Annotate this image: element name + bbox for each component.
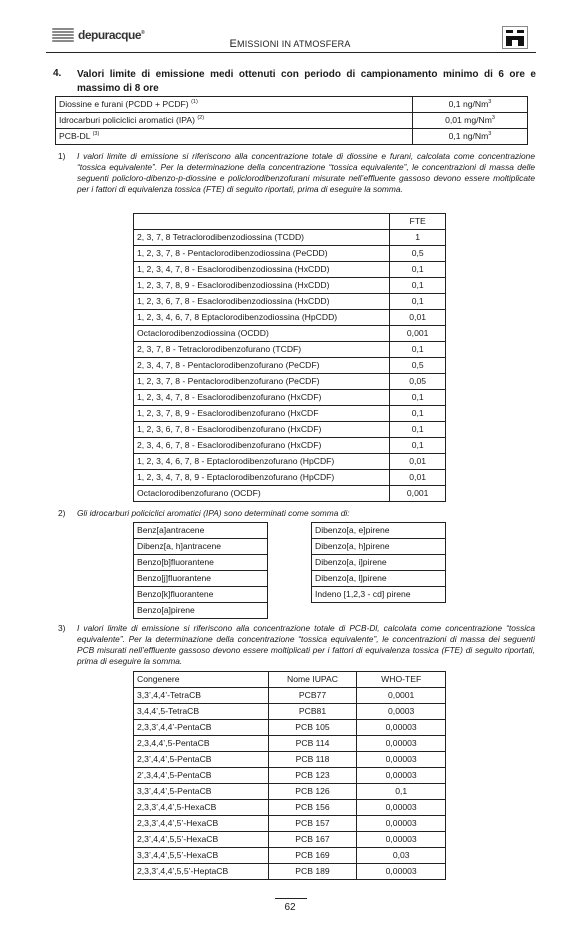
who-tef-cell: 0,03: [357, 848, 446, 864]
note-1-text: I valori limite di emissione si riferisc…: [77, 151, 535, 195]
list-item: Dibenzo[a, i]pirene: [312, 555, 446, 571]
note-3-text: I valori limite di emissione si riferisc…: [77, 623, 535, 667]
ipa-compound-cell: Benz[a]antracene: [134, 523, 268, 539]
iupac-name-cell: PCB77: [268, 688, 357, 704]
table-row: 2,3’,4,4’,5-PentaCBPCB 1180,00003: [134, 752, 446, 768]
table-row: 1, 2, 3, 4, 6, 7, 8 Eptaclorodibenzodios…: [134, 310, 446, 326]
fte-value-cell: 0,1: [390, 294, 446, 310]
header-cell: Nome IUPAC: [268, 672, 357, 688]
fte-value-cell: 0,001: [390, 326, 446, 342]
ipa-list-left: Benz[a]antraceneDibenz[a, h]antraceneBen…: [133, 522, 268, 619]
ipa-compound-cell: Dibenzo[a, e]pirene: [312, 523, 446, 539]
table-row: 1, 2, 3, 4, 7, 8 - Esaclorodibenzodiossi…: [134, 262, 446, 278]
congener-cell: 2,3’,4,4’,5,5’-HexaCB: [134, 832, 269, 848]
who-tef-cell: 0,1: [357, 784, 446, 800]
parameter-label: Diossine e furani (PCDD + PCDF): [59, 99, 189, 109]
table-row: Diossine e furani (PCDD + PCDF) (1)0,1 n…: [56, 97, 528, 113]
compound-cell: 1, 2, 3, 6, 7, 8 - Esaclorodibenzofurano…: [134, 422, 390, 438]
fte-value-cell: 0,1: [390, 342, 446, 358]
note-reference: (1): [191, 99, 198, 105]
limit-value: 0,1 ng/Nm: [449, 131, 489, 141]
fte-value-cell: 0,01: [390, 470, 446, 486]
iupac-name-cell: PCB 189: [268, 864, 357, 880]
table-row: Octaclorodibenzofurano (OCDF)0,001: [134, 486, 446, 502]
compound-cell: 2, 3, 7, 8 - Tetraclorodibenzofurano (TC…: [134, 342, 390, 358]
parameter-cell: PCB-DL (3): [56, 129, 413, 145]
ipa-list-right: Dibenzo[a, e]pireneDibenzo[a, h]pireneDi…: [311, 522, 446, 603]
section-title: Valori limite di emissione medi ottenuti…: [77, 68, 536, 96]
compound-cell: 1, 2, 3, 4, 6, 7, 8 Eptaclorodibenzodios…: [134, 310, 390, 326]
note-1-number: 1): [58, 151, 65, 161]
parameter-label: PCB-DL: [59, 131, 90, 141]
limit-value-cell: 0,1 ng/Nm3: [413, 129, 528, 145]
table-row: 2, 3, 7, 8 - Tetraclorodibenzofurano (TC…: [134, 342, 446, 358]
table-row: PCB-DL (3)0,1 ng/Nm3: [56, 129, 528, 145]
note-reference: (2): [197, 115, 204, 121]
fte-value-cell: 0,1: [390, 278, 446, 294]
table-row: 1, 2, 3, 6, 7, 8 - Esaclorodibenzofurano…: [134, 422, 446, 438]
congener-cell: 3,3’,4,4’-TetraCB: [134, 688, 269, 704]
congener-cell: 2’,3,4,4’,5-PentaCB: [134, 768, 269, 784]
table-row: 2,3,3’,4,4’,5-HexaCBPCB 1560,00003: [134, 800, 446, 816]
who-tef-cell: 0,0003: [357, 704, 446, 720]
fte-value-cell: 0,001: [390, 486, 446, 502]
footer-divider: [275, 898, 307, 899]
list-item: Dibenzo[a, l]pirene: [312, 571, 446, 587]
congener-cell: 2,3,3’,4,4’-PentaCB: [134, 720, 269, 736]
iupac-name-cell: PCB 123: [268, 768, 357, 784]
table-row: 1, 2, 3, 7, 8, 9 - Esaclorodibenzodiossi…: [134, 278, 446, 294]
table-row: 2, 3, 7, 8 Tetraclorodibenzodiossina (TC…: [134, 230, 446, 246]
table-row: 2’,3,4,4’,5-PentaCBPCB 1230,00003: [134, 768, 446, 784]
who-tef-cell: 0,00003: [357, 816, 446, 832]
fte-table: FTE2, 3, 7, 8 Tetraclorodibenzodiossina …: [133, 213, 446, 502]
compound-cell: 2, 3, 4, 6, 7, 8 - Esaclorodibenzofurano…: [134, 438, 390, 454]
ipa-compound-cell: Dibenzo[a, i]pirene: [312, 555, 446, 571]
fte-value-cell: 0,1: [390, 262, 446, 278]
iupac-name-cell: PCB 169: [268, 848, 357, 864]
iupac-name-cell: PCB 105: [268, 720, 357, 736]
ipa-compound-cell: Dibenz[a, h]antracene: [134, 539, 268, 555]
ipa-compound-cell: Benzo[j]fluorantene: [134, 571, 268, 587]
compound-cell: 1, 2, 3, 7, 8, 9 - Esaclorodibenzofurano…: [134, 406, 390, 422]
compound-cell: 1, 2, 3, 7, 8 - Pentaclorodibenzodiossin…: [134, 246, 390, 262]
fte-value-cell: 0,1: [390, 390, 446, 406]
compound-cell: 1, 2, 3, 4, 7, 8 - Esaclorodibenzofurano…: [134, 390, 390, 406]
document-header-title: EMISSIONI IN ATMOSFERA: [0, 38, 580, 50]
compound-cell: 1, 2, 3, 4, 7, 8 - Esaclorodibenzodiossi…: [134, 262, 390, 278]
limit-value-cell: 0,1 ng/Nm3: [413, 97, 528, 113]
table-row: 2, 3, 4, 6, 7, 8 - Esaclorodibenzofurano…: [134, 438, 446, 454]
congener-cell: 3,3’,4,4’,5-PentaCB: [134, 784, 269, 800]
header-divider: [46, 52, 536, 53]
table-header-row: CongenereNome IUPACWHO-TEF: [134, 672, 446, 688]
list-item: Dibenzo[a, h]pirene: [312, 539, 446, 555]
header-cell: [134, 214, 390, 230]
ipa-compound-cell: Benzo[k]fluorantene: [134, 587, 268, 603]
iupac-name-cell: PCB 114: [268, 736, 357, 752]
who-tef-cell: 0,0001: [357, 688, 446, 704]
table-row: 3,3’,4,4’,5,5’-HexaCBPCB 1690,03: [134, 848, 446, 864]
table-row: 2,3,4,4’,5-PentaCBPCB 1140,00003: [134, 736, 446, 752]
fte-value-cell: 0,1: [390, 438, 446, 454]
list-item: Benzo[b]fluorantene: [134, 555, 268, 571]
congener-cell: 2,3’,4,4’,5-PentaCB: [134, 752, 269, 768]
table-row: Idrocarburi policiclici aromatici (IPA) …: [56, 113, 528, 129]
fte-value-cell: 0,01: [390, 310, 446, 326]
congener-cell: 2,3,3’,4,4’,5’-HexaCB: [134, 816, 269, 832]
iupac-name-cell: PCB81: [268, 704, 357, 720]
iupac-name-cell: PCB 118: [268, 752, 357, 768]
list-item: Benzo[a]pirene: [134, 603, 268, 619]
ipa-compound-cell: Benzo[a]pirene: [134, 603, 268, 619]
limit-value: 0,1 ng/Nm: [449, 99, 489, 109]
table-row: 2,3’,4,4’,5,5’-HexaCBPCB 1670,00003: [134, 832, 446, 848]
fte-value-cell: 0,5: [390, 358, 446, 374]
iupac-name-cell: PCB 157: [268, 816, 357, 832]
who-tef-cell: 0,00003: [357, 736, 446, 752]
fte-value-cell: 0,01: [390, 454, 446, 470]
unit-exponent: 3: [492, 115, 495, 121]
who-tef-cell: 0,00003: [357, 752, 446, 768]
who-tef-cell: 0,00003: [357, 800, 446, 816]
list-item: Benzo[k]fluorantene: [134, 587, 268, 603]
compound-cell: 1, 2, 3, 7, 8 - Pentaclorodibenzofurano …: [134, 374, 390, 390]
table-row: 3,4,4’,5-TetraCBPCB810,0003: [134, 704, 446, 720]
ipa-compound-cell: Benzo[b]fluorantene: [134, 555, 268, 571]
compound-cell: 1, 2, 3, 7, 8, 9 - Esaclorodibenzodiossi…: [134, 278, 390, 294]
parameter-cell: Diossine e furani (PCDD + PCDF) (1): [56, 97, 413, 113]
ipa-compound-cell: Dibenzo[a, l]pirene: [312, 571, 446, 587]
who-tef-cell: 0,00003: [357, 768, 446, 784]
emission-limits-table: Diossine e furani (PCDD + PCDF) (1)0,1 n…: [55, 96, 528, 145]
congener-cell: 3,3’,4,4’,5,5’-HexaCB: [134, 848, 269, 864]
iupac-name-cell: PCB 156: [268, 800, 357, 816]
note-2-text: Gli idrocarburi policiclici aromatici (I…: [77, 508, 535, 519]
list-item: Indeno [1,2,3 - cd] pirene: [312, 587, 446, 603]
list-item: Dibenzo[a, e]pirene: [312, 523, 446, 539]
fte-value-cell: 0,5: [390, 246, 446, 262]
table-row: 1, 2, 3, 7, 8 - Pentaclorodibenzodiossin…: [134, 246, 446, 262]
note-2-number: 2): [58, 508, 65, 518]
note-3-number: 3): [58, 623, 65, 633]
fte-value-cell: 0,1: [390, 422, 446, 438]
compound-cell: 2, 3, 7, 8 Tetraclorodibenzodiossina (TC…: [134, 230, 390, 246]
who-tef-cell: 0,00003: [357, 832, 446, 848]
building-logo-icon: [502, 26, 528, 49]
ipa-compound-cell: Indeno [1,2,3 - cd] pirene: [312, 587, 446, 603]
compound-cell: 1, 2, 3, 4, 6, 7, 8 - Eptaclorodibenzofu…: [134, 454, 390, 470]
fte-value-cell: 0,05: [390, 374, 446, 390]
unit-exponent: 3: [488, 131, 491, 137]
compound-cell: Octaclorodibenzodiossina (OCDD): [134, 326, 390, 342]
congener-cell: 2,3,3’,4,4’,5-HexaCB: [134, 800, 269, 816]
table-row: 2,3,3’,4,4’,5,5’-HeptaCBPCB 1890,00003: [134, 864, 446, 880]
limit-value: 0,01 mg/Nm: [445, 115, 492, 125]
table-row: 1, 2, 3, 4, 6, 7, 8 - Eptaclorodibenzofu…: [134, 454, 446, 470]
table-header-row: FTE: [134, 214, 446, 230]
list-item: Benzo[j]fluorantene: [134, 571, 268, 587]
fte-value-cell: 0,1: [390, 406, 446, 422]
parameter-label: Idrocarburi policiclici aromatici (IPA): [59, 115, 195, 125]
header-cell: FTE: [390, 214, 446, 230]
fte-value-cell: 1: [390, 230, 446, 246]
compound-cell: 1, 2, 3, 6, 7, 8 - Esaclorodibenzodiossi…: [134, 294, 390, 310]
congener-cell: 2,3,4,4’,5-PentaCB: [134, 736, 269, 752]
limit-value-cell: 0,01 mg/Nm3: [413, 113, 528, 129]
section-number: 4.: [53, 68, 61, 79]
ipa-compound-cell: Dibenzo[a, h]pirene: [312, 539, 446, 555]
table-row: 2, 3, 4, 7, 8 - Pentaclorodibenzofurano …: [134, 358, 446, 374]
table-row: 3,3’,4,4’,5-PentaCBPCB 1260,1: [134, 784, 446, 800]
header-cell: Congenere: [134, 672, 269, 688]
table-row: Octaclorodibenzodiossina (OCDD)0,001: [134, 326, 446, 342]
list-item: Dibenz[a, h]antracene: [134, 539, 268, 555]
iupac-name-cell: PCB 167: [268, 832, 357, 848]
table-row: 2,3,3’,4,4’-PentaCBPCB 1050,00003: [134, 720, 446, 736]
table-row: 1, 2, 3, 6, 7, 8 - Esaclorodibenzodiossi…: [134, 294, 446, 310]
page-number: 62: [0, 902, 580, 913]
list-item: Benz[a]antracene: [134, 523, 268, 539]
table-row: 1, 2, 3, 7, 8, 9 - Esaclorodibenzofurano…: [134, 406, 446, 422]
table-row: 3,3’,4,4’-TetraCBPCB770,0001: [134, 688, 446, 704]
header-cell: WHO-TEF: [357, 672, 446, 688]
compound-cell: 2, 3, 4, 7, 8 - Pentaclorodibenzofurano …: [134, 358, 390, 374]
pcb-table: CongenereNome IUPACWHO-TEF3,3’,4,4’-Tetr…: [133, 671, 446, 880]
who-tef-cell: 0,00003: [357, 864, 446, 880]
iupac-name-cell: PCB 126: [268, 784, 357, 800]
congener-cell: 2,3,3’,4,4’,5,5’-HeptaCB: [134, 864, 269, 880]
table-row: 1, 2, 3, 4, 7, 8 - Esaclorodibenzofurano…: [134, 390, 446, 406]
table-row: 1, 2, 3, 4, 7, 8, 9 - Eptaclorodibenzofu…: [134, 470, 446, 486]
who-tef-cell: 0,00003: [357, 720, 446, 736]
congener-cell: 3,4,4’,5-TetraCB: [134, 704, 269, 720]
parameter-cell: Idrocarburi policiclici aromatici (IPA) …: [56, 113, 413, 129]
compound-cell: 1, 2, 3, 4, 7, 8, 9 - Eptaclorodibenzofu…: [134, 470, 390, 486]
unit-exponent: 3: [488, 99, 491, 105]
table-row: 2,3,3’,4,4’,5’-HexaCBPCB 1570,00003: [134, 816, 446, 832]
compound-cell: Octaclorodibenzofurano (OCDF): [134, 486, 390, 502]
table-row: 1, 2, 3, 7, 8 - Pentaclorodibenzofurano …: [134, 374, 446, 390]
note-reference: (3): [93, 131, 100, 137]
